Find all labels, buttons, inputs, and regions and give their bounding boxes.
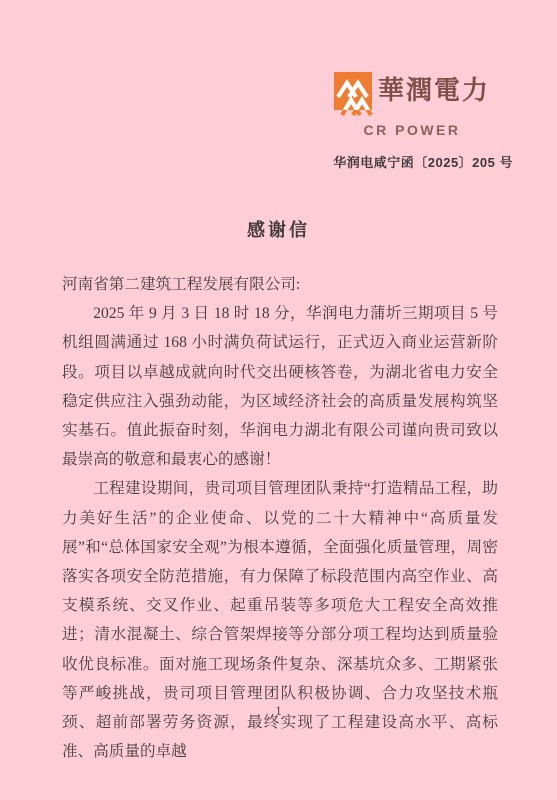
letter-title: 感谢信 <box>0 216 557 242</box>
letter-salutation: 河南省第二建筑工程发展有限公司: <box>62 270 498 299</box>
letter-paragraph: 工程建设期间，贵司项目管理团队秉持“打造精品工程，助力美好生活”的企业使命、以党… <box>62 474 498 766</box>
cr-power-logo: 華潤電力 CR POWER <box>333 72 491 138</box>
brand-name-chinese: 華潤電力 <box>378 72 490 110</box>
letter-paragraph: 2025 年 9 月 3 日 18 时 18 分，华润电力蒲圻三期项目 5 号机… <box>62 299 498 474</box>
logo-top-row: 華潤電力 <box>333 72 491 119</box>
document-reference-number: 华润电咸宁函〔2025〕205 号 <box>333 152 513 171</box>
brand-name-english: CR POWER <box>333 122 491 138</box>
letter-page: 華潤電力 CR POWER 华润电咸宁函〔2025〕205 号 感谢信 河南省第… <box>0 0 557 800</box>
cr-power-mountains-icon <box>333 72 373 119</box>
letter-body: 河南省第二建筑工程发展有限公司: 2025 年 9 月 3 日 18 时 18 … <box>62 270 498 766</box>
page-number: 1 <box>0 704 557 719</box>
